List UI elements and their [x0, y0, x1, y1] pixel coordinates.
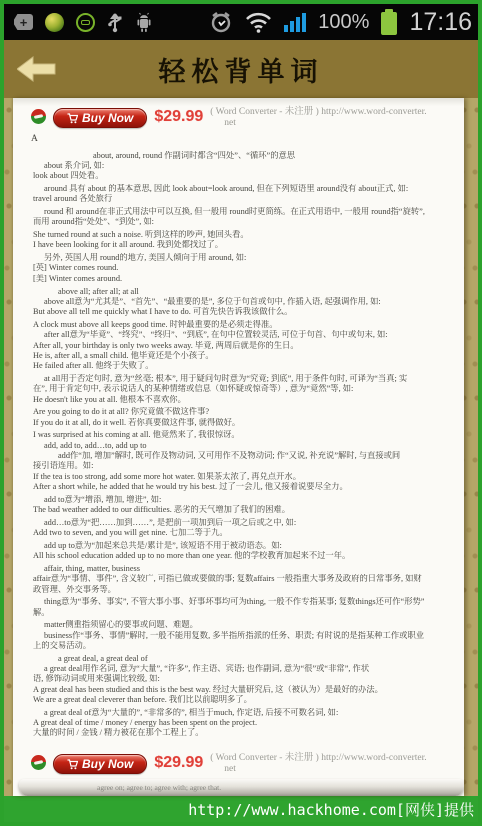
- doc-line: business作“事务、事情”解时, 一般不能用复数, 多半指所指派的任务、职…: [31, 631, 456, 641]
- promo-note-line: ( Word Converter - 未注册 ) http://www.word…: [210, 107, 426, 117]
- promo-note: ( Word Converter - 未注册 ) http://www.word…: [210, 753, 426, 775]
- doc-line: Add two to seven, and you will get nine.…: [31, 528, 456, 538]
- doc-line: add, add to, add…to, add up to: [31, 441, 456, 451]
- doc-line: about 系介词, 如:: [31, 161, 456, 171]
- price-text: $29.99: [154, 108, 203, 126]
- clock-text: 17:16: [409, 8, 472, 37]
- green-app-icon: [45, 13, 64, 32]
- doc-line: around 具有 about 的基本意思, 因此 look about=loo…: [31, 184, 456, 194]
- cart-icon: [67, 113, 78, 124]
- doc-line: [美] Winter comes around.: [31, 274, 456, 284]
- watermark-bar: http://www.hackhome.com[网侠]提供: [4, 796, 478, 822]
- buy-now-label: Buy Now: [82, 111, 133, 125]
- doc-line: thing意为“事务、事实”, 不管大事小事、好事坏事均可为thing, 一般不…: [31, 597, 456, 607]
- doc-line: He is, after all, a small child. 他毕竟还是个小…: [31, 351, 456, 361]
- doc-line: affair, thing, matter, business: [31, 564, 456, 574]
- status-bar: +: [4, 4, 478, 40]
- doc-line: A great deal has been studied and this i…: [31, 685, 456, 695]
- signal-bars-icon: [284, 12, 306, 32]
- battery-icon: [381, 12, 397, 35]
- doc-line: 接引语连用。如:: [31, 461, 456, 471]
- page-curl: agree on; agree to; agree with; agree th…: [19, 779, 464, 796]
- doc-line: travel around 各处旅行: [31, 194, 456, 204]
- doc-line: add to意为“增添, 增加, 增进”, 如:: [31, 495, 456, 505]
- doc-line: look about 四处看。: [31, 171, 456, 181]
- battery-percent: 100%: [318, 11, 369, 34]
- doc-line: at all用于否定句时, 意为“丝毫; 根本”, 用于疑问句时意为“究竟; 到…: [31, 374, 456, 384]
- doc-line: All his school education added up to no …: [31, 551, 456, 561]
- wifi-icon: [245, 12, 272, 33]
- doc-line: a great deal用作名词, 意为“大量”, “许多”, 作主语、宾语; …: [31, 664, 456, 674]
- promo-note-line: net: [210, 764, 236, 774]
- app-screen: +: [0, 0, 482, 826]
- doc-line: 上的交易活动。: [31, 641, 456, 651]
- next-page-peek-text: agree on; agree to; agree with; agree th…: [97, 783, 221, 792]
- doc-line: A great deal of time / money / energy ha…: [31, 718, 456, 728]
- buy-now-button[interactable]: Buy Now: [53, 108, 147, 128]
- badge-plus-icon: +: [14, 14, 33, 30]
- doc-line: He doesn't like you at all. 他根本不喜欢你。: [31, 395, 456, 405]
- doc-line: But above all tell me quickly what I hav…: [31, 307, 456, 317]
- title-bar: 轻松背单词: [4, 40, 478, 98]
- buy-now-button[interactable]: Buy Now: [53, 754, 147, 774]
- doc-line: affair意为“事情、事件”, 含义较广, 可指已做或要做的事; 复数affa…: [31, 574, 456, 584]
- doc-line: 另外, 英国人用 round的地方, 美国人倾向于用 around, 如:: [31, 253, 456, 263]
- doc-line: [英] Winter comes round.: [31, 263, 456, 273]
- doc-line: round 和 around在非正式用法中可以互换, 但一般用 round时更简…: [31, 207, 456, 217]
- doc-line: Are you going to do it at all? 你究竟做不做这件事…: [31, 407, 456, 417]
- section-letter: A: [31, 134, 456, 144]
- document-page: Buy Now $29.99 ( Word Converter - 未注册 ) …: [13, 98, 464, 796]
- doc-line: after all意为“毕竟”、“终究”、“终归”、“到底”, 在句中位置较灵活…: [31, 330, 456, 340]
- doc-line: 在”, 用于肯定句中, 表示说话人的某种情绪或信息（如怀疑或惊奇等）, 意为“竟…: [31, 384, 456, 394]
- promo-top: Buy Now $29.99 ( Word Converter - 未注册 ) …: [31, 107, 456, 129]
- doc-line: 大量的时间 / 金钱 / 精力被花在那个工程上了。: [31, 728, 456, 738]
- doc-line: We are a great deal cleverer than before…: [31, 695, 456, 705]
- back-arrow-icon[interactable]: [17, 55, 57, 83]
- usb-icon: [107, 11, 123, 33]
- doc-line: He failed after all. 他终于失败了。: [31, 361, 456, 371]
- page-title: 轻松背单词: [4, 50, 478, 89]
- alarm-clock-icon: [209, 10, 233, 34]
- drive-ring-icon: [76, 13, 95, 32]
- doc-line: She turned round at such a noise. 听到这样的吵…: [31, 230, 456, 240]
- promo-note-line: net: [210, 118, 236, 128]
- promo-note-line: ( Word Converter - 未注册 ) http://www.word…: [210, 753, 426, 763]
- document-scroll-area[interactable]: Buy Now $29.99 ( Word Converter - 未注册 ) …: [4, 98, 478, 796]
- doc-line: I have been looking for it all around. 我…: [31, 240, 456, 250]
- word-converter-logo-icon: [31, 755, 46, 770]
- doc-line: add…to意为“把……加到……”, 是把前一项加到后一项之后或之中, 如:: [31, 518, 456, 528]
- doc-line: 而用 around指“处处”、“到处”, 如:: [31, 217, 456, 227]
- doc-line: 语, 修饰动词或用来强调比较级, 如:: [31, 674, 456, 684]
- doc-line: A clock must above all keeps good time. …: [31, 320, 456, 330]
- promo-bottom: Buy Now $29.99 ( Word Converter - 未注册 ) …: [31, 753, 456, 777]
- doc-line: I was surprised at his coming at all. 他竟…: [31, 430, 456, 440]
- doc-line: If you do it at all, do it well. 若你真要做这件…: [31, 418, 456, 428]
- doc-line: After a short while, he added that he wo…: [31, 482, 456, 492]
- doc-line: matter侧重指须留心的要事或问题、难题。: [31, 620, 456, 630]
- doc-line: The bad weather added to our difficultie…: [31, 505, 456, 515]
- doc-line: a great deal of意为“大量的”, “非常多的”, 相当于much,…: [31, 708, 456, 718]
- doc-line: about, around, round 作副词时都含“四处”、“循环”的意思: [31, 151, 456, 161]
- watermark-text: http://www.hackhome.com[网侠]提供: [188, 799, 474, 820]
- doc-line: above all; after all; at all: [31, 287, 456, 297]
- price-text: $29.99: [154, 754, 203, 772]
- doc-line: add up to意为“加起来总共是/累计是”, 该短语不用于被动语态。如:: [31, 541, 456, 551]
- word-converter-logo-icon: [31, 109, 46, 124]
- doc-line: above all意为“尤其是”、“首先”、“最重要的是”, 多位于句首或句中,…: [31, 297, 456, 307]
- buy-now-label: Buy Now: [82, 757, 133, 771]
- doc-line: a great deal, a great deal of: [31, 654, 456, 664]
- doc-line: 解。: [31, 608, 456, 618]
- document-body: about, around, round 作副词时都含“四处”、“循环”的意思a…: [31, 148, 456, 739]
- cart-icon: [67, 759, 78, 770]
- doc-line: 政管理、外交事务等。: [31, 585, 456, 595]
- doc-line: After all, your birthday is only two wee…: [31, 341, 456, 351]
- android-icon: [135, 12, 153, 33]
- doc-line: add作“加, 增加”解时, 既可作及物动词, 又可用作不及物动词; 作“又说,…: [31, 451, 456, 461]
- promo-note: ( Word Converter - 未注册 ) http://www.word…: [210, 107, 426, 129]
- doc-line: If the tea is too strong, add some more …: [31, 472, 456, 482]
